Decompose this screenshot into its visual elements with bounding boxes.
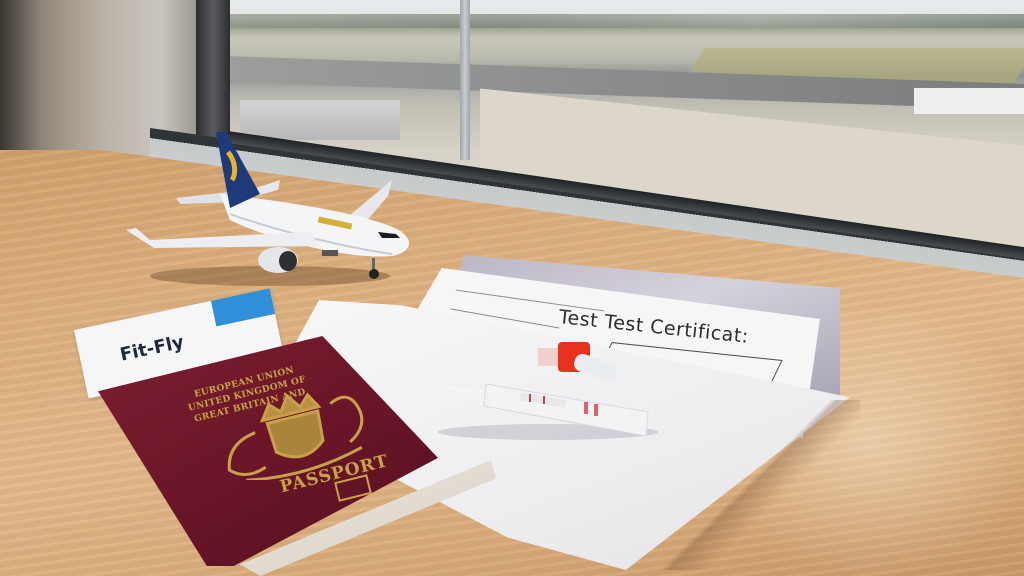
hangar-roof [914, 88, 1024, 114]
boarding-pass-brand: Fit-Fly [118, 332, 186, 366]
light-pole [460, 0, 470, 160]
paper-shadow [630, 400, 860, 570]
photo-scene: Test Test Certificat: Fit-Fly EUROPEAN U… [0, 0, 1024, 576]
rapid-test-cassette [408, 372, 658, 442]
model-airplane [120, 128, 420, 288]
distant-treeline [230, 14, 1024, 28]
